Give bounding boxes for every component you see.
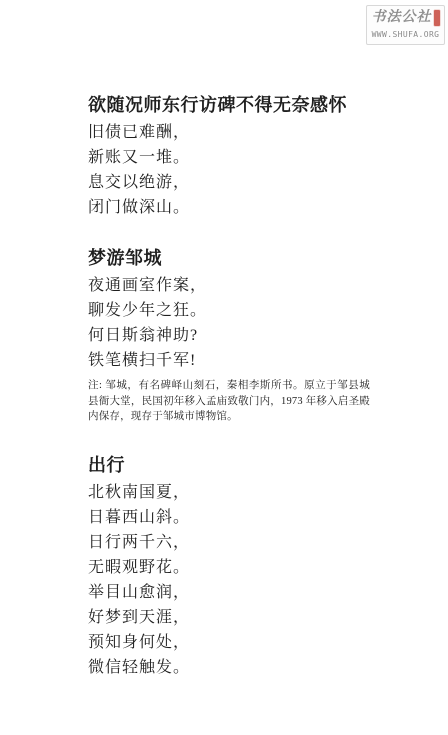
poem-line: 息交以绝游， [88, 170, 378, 195]
poem-line: 日暮西山斜。 [88, 505, 378, 530]
poem-line: 好梦到天涯， [88, 605, 378, 630]
red-seal-icon [434, 10, 440, 26]
poem-line: 闭门做深山。 [88, 195, 378, 220]
poem-line: 铁笔横扫千军! [88, 348, 378, 373]
stele-footnote: 注: 邹城，有名碑峄山刻石，秦相李斯所书。原立于邹县城县衙大堂，民国初年移入孟庙… [88, 378, 370, 425]
poem-section-3: 出行 北秋南国夏， 日暮西山斜。 日行两千六， 无暇观野花。 举目山愈润， 好梦… [88, 455, 378, 680]
poem-line: 夜通画室作案， [88, 273, 378, 298]
poem-title-1: 欲随况师东行访碑不得无奈感怀 [88, 95, 378, 115]
shufa-logo-url-text: WWW.SHUFA.ORG [367, 30, 444, 40]
poem-line: 无暇观野花。 [88, 555, 378, 580]
poem-line: 微信轻触发。 [88, 655, 378, 680]
poems-content: 欲随况师东行访碑不得无奈感怀 旧债已难酬， 新账又一堆。 息交以绝游， 闭门做深… [88, 95, 378, 680]
shufa-logo-calligraphy: 书法公社 [372, 9, 432, 27]
poem-section-1: 欲随况师东行访碑不得无奈感怀 旧债已难酬， 新账又一堆。 息交以绝游， 闭门做深… [88, 95, 378, 220]
poem-section-2: 梦游邹城 夜通画室作案， 聊发少年之狂。 何日斯翁神助? 铁笔横扫千军! 注: … [88, 248, 378, 425]
poem-title-3: 出行 [88, 455, 378, 475]
poem-line: 聊发少年之狂。 [88, 298, 378, 323]
poem-line: 预知身何处， [88, 630, 378, 655]
shufa-watermark-logo: 书法公社 WWW.SHUFA.ORG [366, 5, 445, 45]
logo-top-row: 书法公社 [367, 8, 444, 28]
poem-line: 举目山愈润， [88, 580, 378, 605]
poem-line: 北秋南国夏， [88, 480, 378, 505]
poem-line: 日行两千六， [88, 530, 378, 555]
poem-line: 何日斯翁神助? [88, 323, 378, 348]
poem-title-2: 梦游邹城 [88, 248, 378, 268]
poem-line: 旧债已难酬， [88, 120, 378, 145]
poem-line: 新账又一堆。 [88, 145, 378, 170]
